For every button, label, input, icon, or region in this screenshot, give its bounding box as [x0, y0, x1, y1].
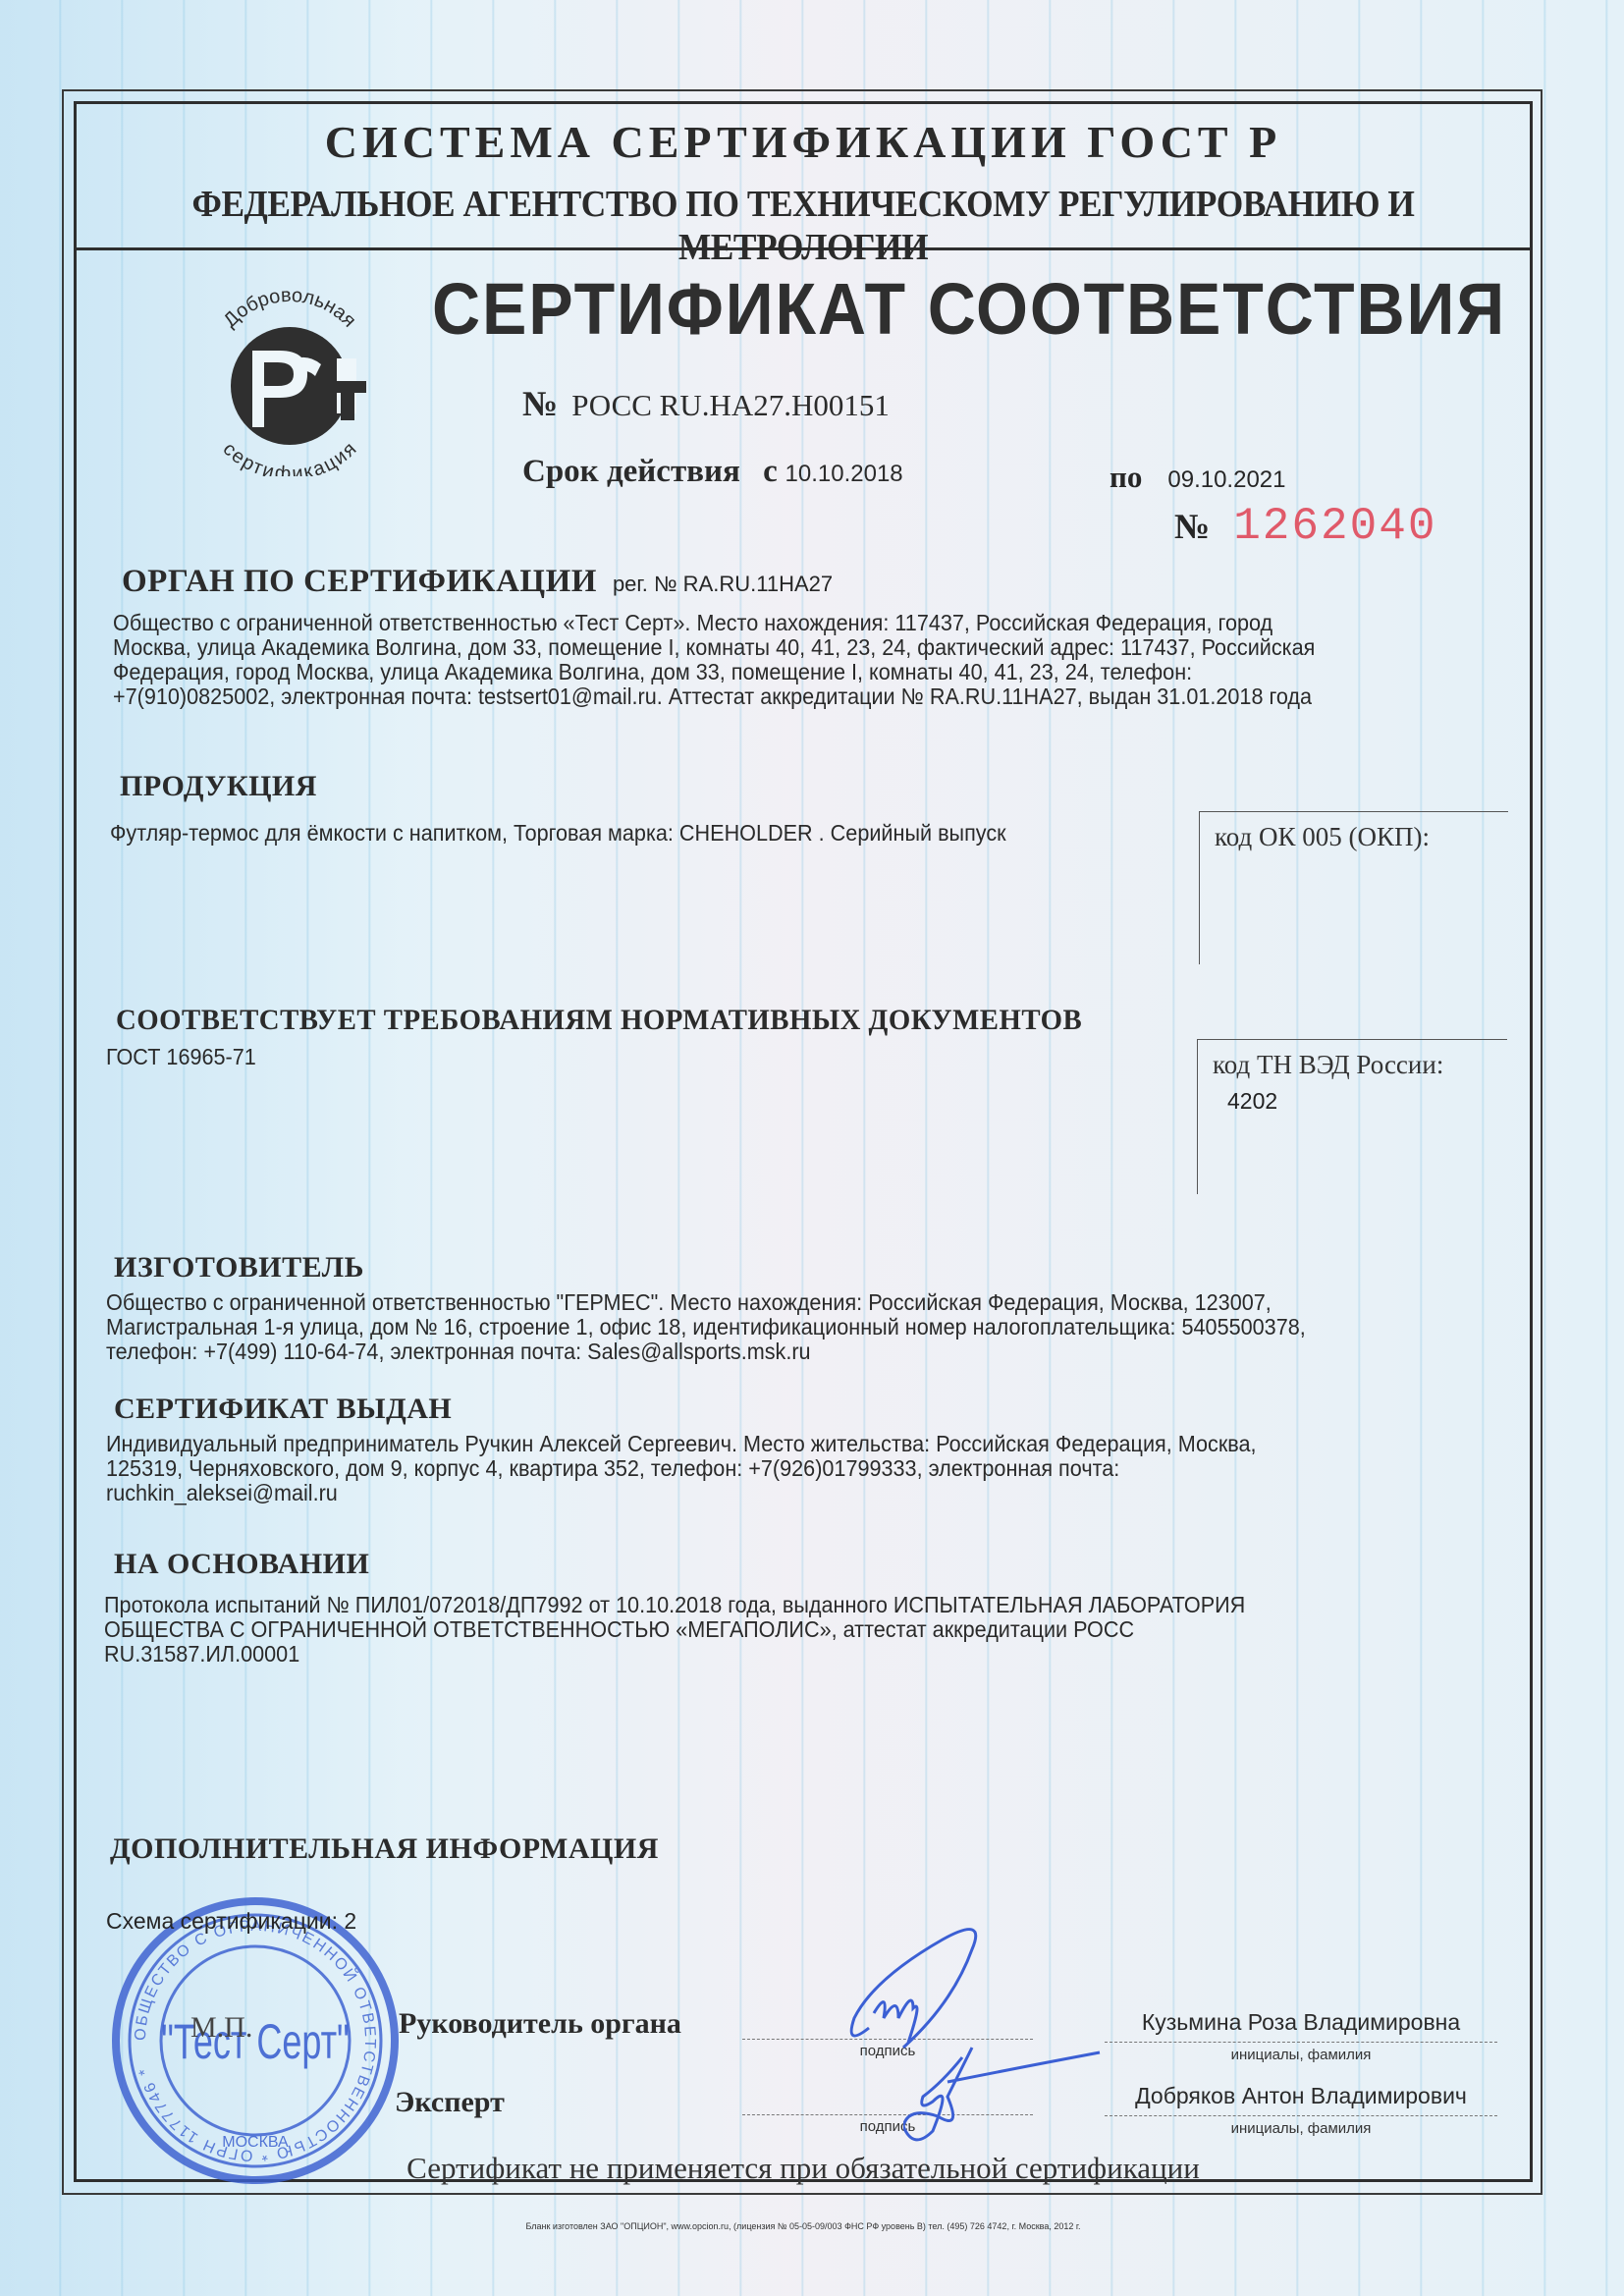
- text-line: RU.31587.ИЛ.00001: [104, 1642, 1489, 1667]
- svg-text:Добровольная: Добровольная: [219, 285, 359, 332]
- okp-code-box: код ОК 005 (ОКП):: [1199, 811, 1508, 964]
- validity-label: Срок действия: [522, 454, 740, 489]
- validity-to-label: по: [1110, 460, 1142, 494]
- text-line: Общество с ограниченной ответственностью…: [113, 611, 1497, 635]
- issued-to-heading: СЕРТИФИКАТ ВЫДАН: [114, 1393, 452, 1426]
- number-sign: №: [522, 384, 558, 423]
- rst-logo-icon: Добровольная сертификация: [191, 280, 388, 476]
- basis-text: Протокола испытаний № ПИЛ01/072018/ДП799…: [104, 1593, 1489, 1667]
- conformity-text: ГОСТ 16965-71: [106, 1045, 256, 1069]
- text-line: Москва, улица Академика Волгина, дом 33,…: [113, 635, 1497, 660]
- expert-name: Добряков Антон Владимирович: [1105, 2083, 1497, 2109]
- tnved-code-box: код ТН ВЭД России: 4202: [1197, 1039, 1507, 1194]
- seal-place-label: М.П.: [190, 2011, 252, 2045]
- printer-info: Бланк изготовлен ЗАО "ОПЦИОН", www.opcio…: [74, 2221, 1533, 2231]
- text-line: Магистральная 1-я улица, дом № 16, строе…: [106, 1315, 1490, 1339]
- basis-heading: НА ОСНОВАНИИ: [114, 1548, 369, 1581]
- validity-period: Срок действия с 10.10.2018: [522, 454, 903, 490]
- certificate-number-value: РОСС RU.НА27.Н00151: [571, 388, 890, 422]
- head-name-caption: инициалы, фамилия: [1105, 2047, 1497, 2063]
- text-line: ОБЩЕСТВА С ОГРАНИЧЕННОЙ ОТВЕТСТВЕННОСТЬЮ…: [104, 1617, 1489, 1642]
- head-label: Руководитель органа: [399, 2007, 681, 2041]
- text-line: Индивидуальный предприниматель Ручкин Ал…: [106, 1432, 1490, 1456]
- blank-number-value: 1262040: [1233, 501, 1436, 552]
- certificate-number: №РОСС RU.НА27.Н00151: [522, 383, 890, 424]
- manufacturer-text: Общество с ограниченной ответственностью…: [106, 1290, 1490, 1364]
- text-line: Общество с ограниченной ответственностью…: [106, 1290, 1490, 1315]
- tnved-code-value: 4202: [1227, 1088, 1507, 1115]
- text-line: телефон: +7(499) 110-64-74, электронная …: [106, 1339, 1490, 1364]
- svg-text:МОСКВА: МОСКВА: [222, 2134, 289, 2151]
- valid-to-date: 09.10.2021: [1167, 466, 1285, 493]
- svg-text:"Тест Серт": "Тест Серт": [161, 2015, 350, 2069]
- text-line: Федерация, город Москва, улица Академика…: [113, 660, 1497, 684]
- system-title: СИСТЕМА СЕРТИФИКАЦИИ ГОСТ Р: [74, 116, 1533, 168]
- okp-code-label: код ОК 005 (ОКП):: [1215, 822, 1508, 852]
- head-name: Кузьмина Роза Владимировна: [1105, 2009, 1497, 2036]
- agency-title: ФЕДЕРАЛЬНОЕ АГЕНТСТВО ПО ТЕХНИЧЕСКОМУ РЕ…: [125, 183, 1482, 269]
- blank-number: №1262040: [1174, 501, 1436, 552]
- valid-from-date: 10.10.2018: [785, 461, 903, 487]
- expert-label: Эксперт: [395, 2086, 505, 2119]
- text-line: +7(910)0825002, электронная почта: tests…: [113, 684, 1497, 709]
- text-line: 125319, Черняховского, дом 9, корпус 4, …: [106, 1456, 1490, 1481]
- manufacturer-heading: ИЗГОТОВИТЕЛЬ: [114, 1251, 364, 1285]
- certification-body-heading: ОРГАН ПО СЕРТИФИКАЦИИ: [122, 564, 597, 599]
- expert-name-caption: инициалы, фамилия: [1105, 2120, 1497, 2137]
- conformity-heading: СООТВЕТСТВУЕТ ТРЕБОВАНИЯМ НОРМАТИВНЫХ ДО…: [116, 1004, 1082, 1037]
- seal-stamp-icon: ОБЩЕСТВО С ОГРАНИЧЕННОЙ ОТВЕТСТВЕННОСТЬЮ…: [98, 1893, 412, 2188]
- document-title: СЕРТИФИКАТ СООТВЕТСТВИЯ: [432, 267, 1506, 351]
- product-text: Футляр-термос для ёмкости с напитком, То…: [110, 821, 1218, 846]
- validity-to: по09.10.2021: [1110, 460, 1286, 495]
- certification-body-text: Общество с ограниченной ответственностью…: [113, 611, 1497, 709]
- issued-to-text: Индивидуальный предприниматель Ручкин Ал…: [106, 1432, 1490, 1505]
- head-name-line: [1105, 2042, 1497, 2043]
- footer-note: Сертификат не применяется при обязательн…: [74, 2151, 1533, 2186]
- product-heading: ПРОДУКЦИЯ: [120, 770, 317, 803]
- expert-name-line: [1105, 2115, 1497, 2116]
- additional-info-heading: ДОПОЛНИТЕЛЬНАЯ ИНФОРМАЦИЯ: [110, 1832, 659, 1866]
- validity-from-label: с: [763, 454, 778, 489]
- blank-number-sign: №: [1174, 507, 1210, 546]
- certification-scheme: Схема сертификации: 2: [106, 1908, 356, 1935]
- text-line: Протокола испытаний № ПИЛ01/072018/ДП799…: [104, 1593, 1489, 1617]
- certification-body-reg: рег. № RA.RU.11НА27: [613, 572, 833, 596]
- tnved-code-label: код ТН ВЭД России:: [1213, 1050, 1507, 1080]
- certification-body-heading-row: ОРГАН ПО СЕРТИФИКАЦИИ рег. № RA.RU.11НА2…: [122, 564, 833, 600]
- text-line: ruchkin_aleksei@mail.ru: [106, 1481, 1490, 1505]
